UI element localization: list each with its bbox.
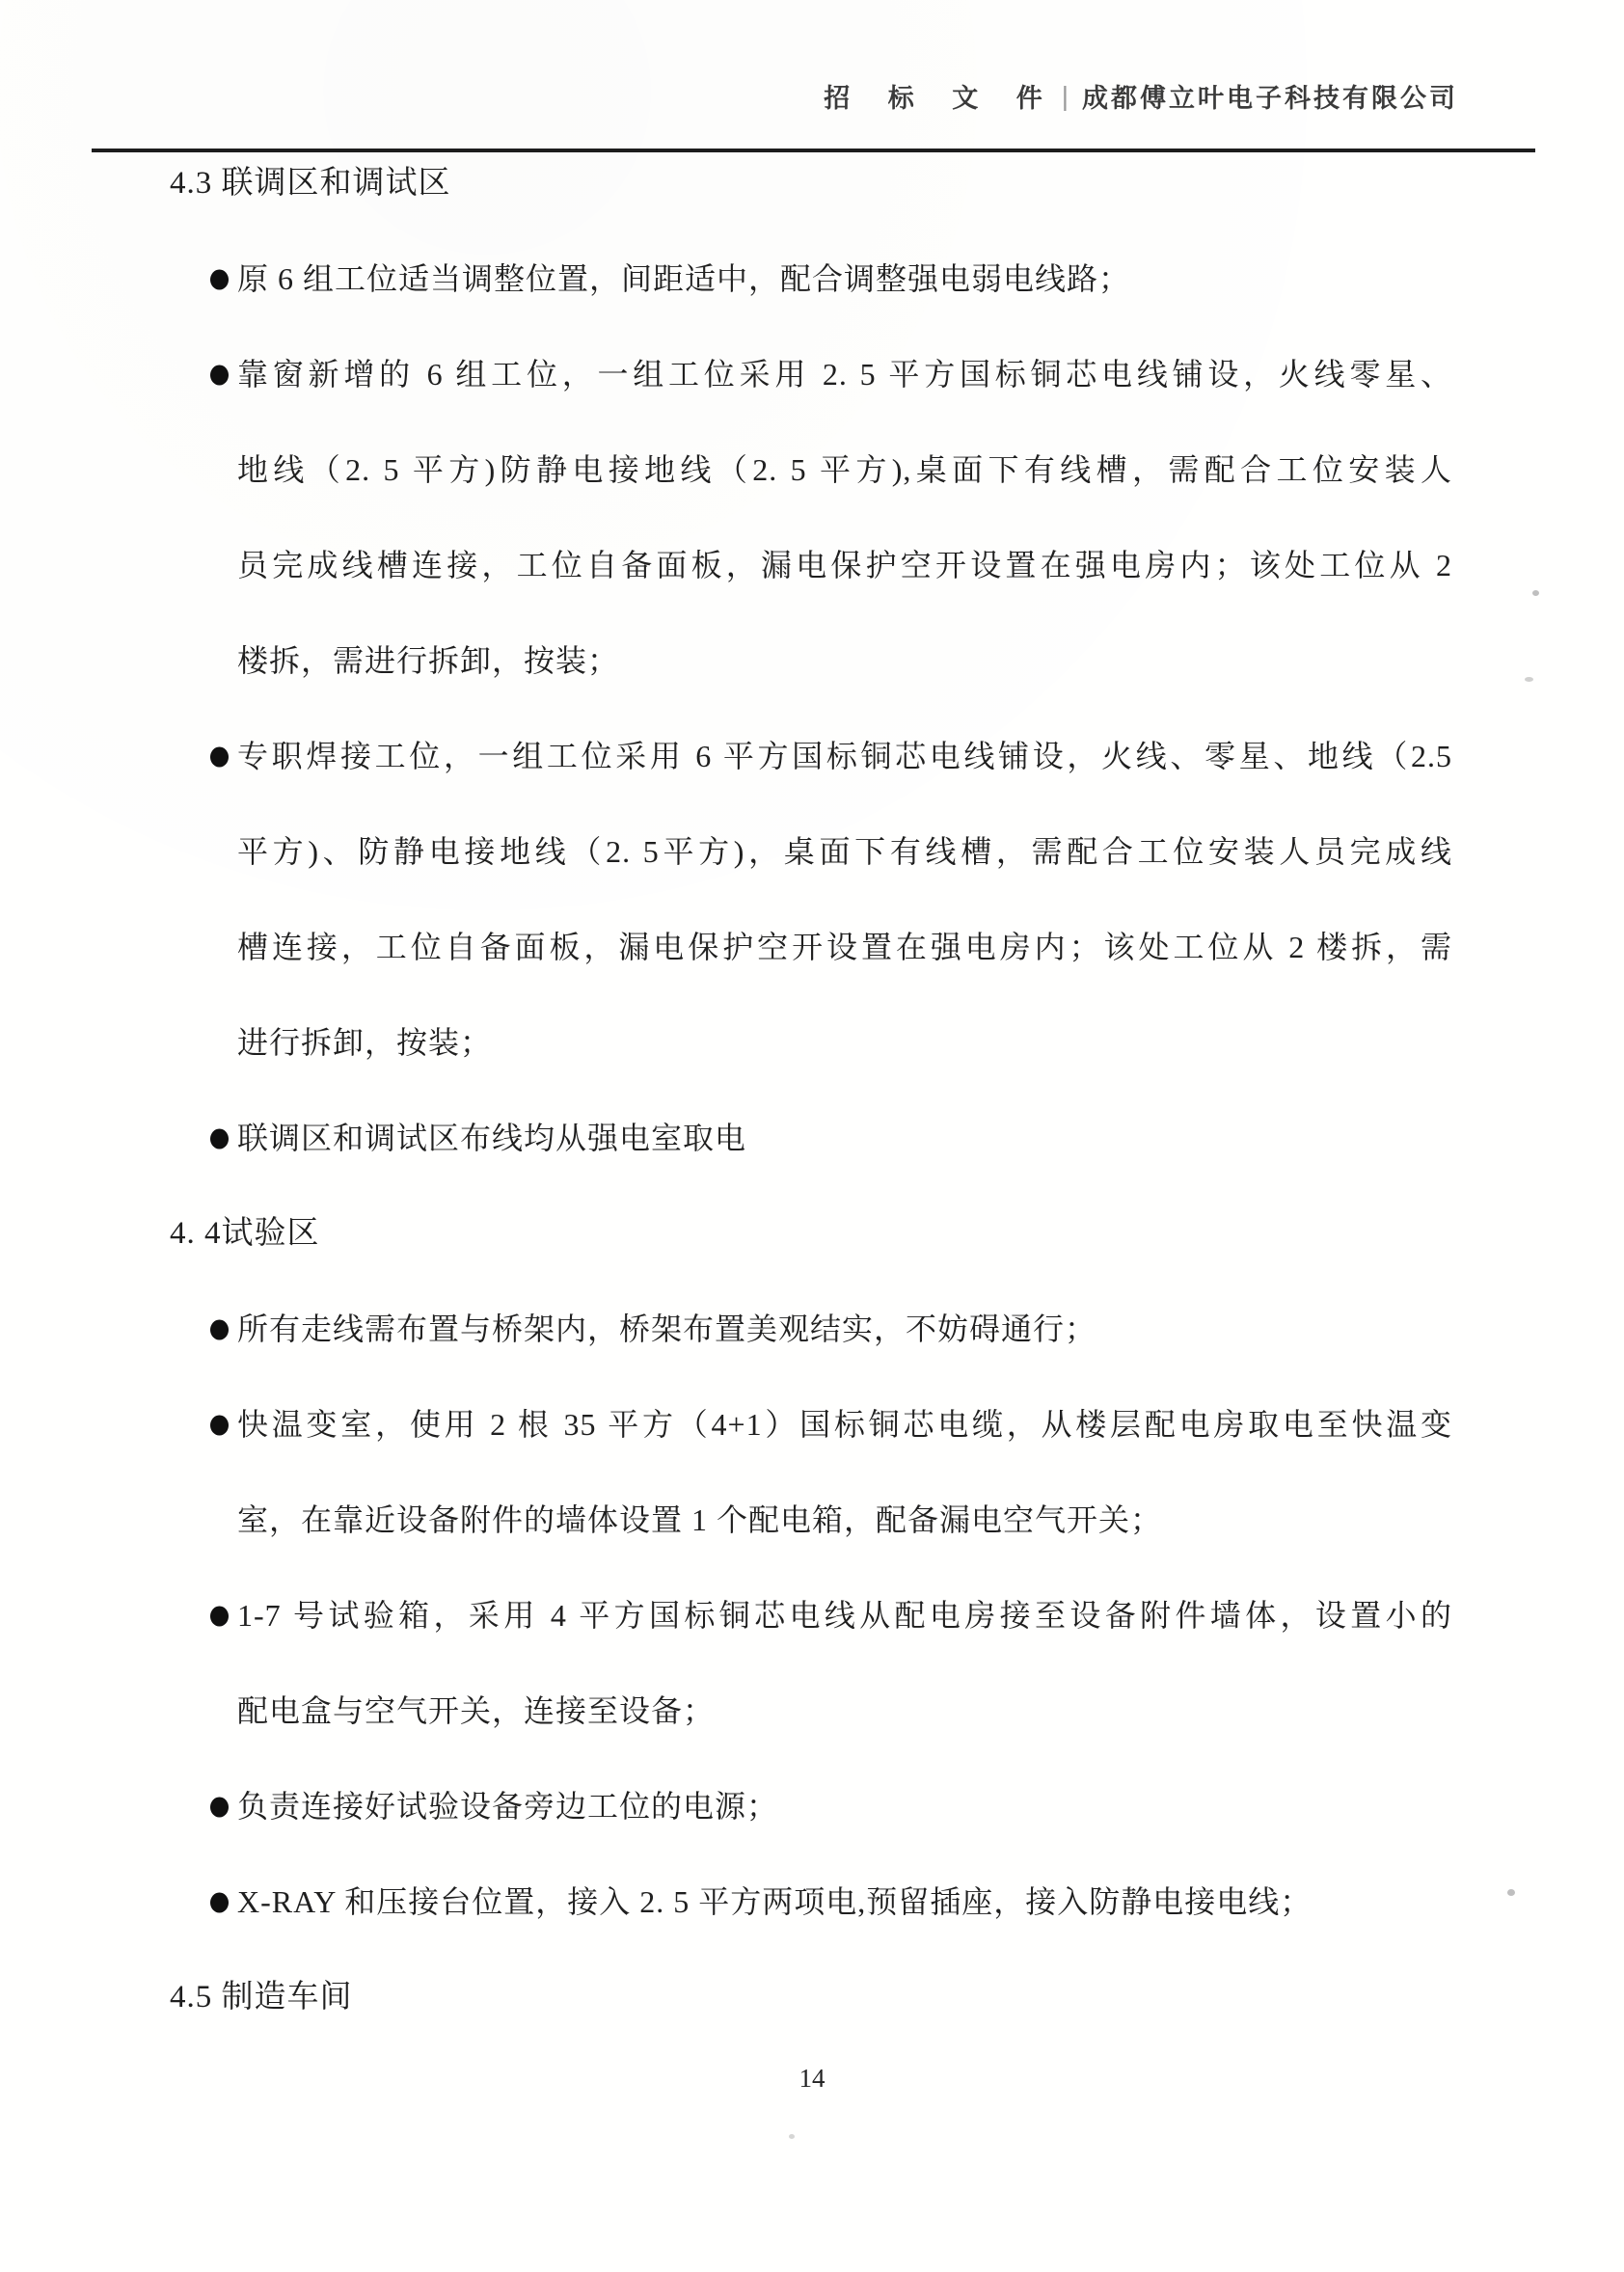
bullet-icon [210, 746, 229, 767]
header-separator: | [1062, 81, 1069, 112]
bullet-line: 快温变室，使用 2 根 35 平方（4+1）国标铜芯电缆，从楼层配电房取电至快温… [0, 1377, 1624, 1473]
bullet-continuation-line: 平方)、防静电接地线（2. 5平方)，桌面下有线槽，需配合工位安装人员完成线 [0, 804, 1624, 900]
document-page: 招 标 文 件 | 成都傅立叶电子科技有限公司 4.3 联调区和调试区 原 6 … [0, 0, 1624, 2272]
bullet-line: 联调区和调试区布线均从强电室取电 [0, 1091, 1624, 1186]
bullet-icon [210, 365, 229, 385]
bullet-continuation-line: 员完成线槽连接，工位自备面板，漏电保护空开设置在强电房内；该处工位从 2 [0, 518, 1624, 613]
section-heading-4-4: 4. 4试验区 [0, 1186, 1624, 1282]
bullet-continuation-line: 配电盒与空气开关，连接至设备； [0, 1663, 1624, 1759]
bullet-text: 负责连接好试验设备旁边工位的电源； [237, 1789, 778, 1824]
bullet-line: 负责连接好试验设备旁边工位的电源； [0, 1759, 1624, 1854]
bullet-text: 靠窗新增的 6 组工位，一组工位采用 2. 5 平方国标铜芯电线铺设，火线零星、 [237, 357, 1452, 392]
bullet-line: 原 6 组工位适当调整位置，间距适中，配合调整强电弱电线路； [0, 231, 1624, 327]
bullet-text: 1-7 号试验箱，采用 4 平方国标铜芯电线从配电房接至设备附件墙体，设置小的 [237, 1598, 1452, 1633]
section-heading-4-3: 4.3 联调区和调试区 [0, 136, 1624, 231]
scan-artifact [1525, 677, 1533, 682]
page-header: 招 标 文 件 | 成都傅立叶电子科技有限公司 [824, 77, 1458, 115]
bullet-continuation-line: 槽连接，工位自备面板，漏电保护空开设置在强电房内；该处工位从 2 楼拆，需 [0, 900, 1624, 995]
scan-artifact [1532, 590, 1539, 596]
bullet-icon [210, 1797, 229, 1817]
bullet-icon [210, 1128, 229, 1149]
bullet-text: 联调区和调试区布线均从强电室取电 [237, 1121, 746, 1155]
bullet-continuation-line: 地线（2. 5 平方)防静电接地线（2. 5 平方),桌面下有线槽，需配合工位安… [0, 422, 1624, 518]
bullet-text: X-RAY 和压接台位置，接入 2. 5 平方两项电,预留插座，接入防静电接电线… [237, 1884, 1312, 1919]
document-body: 4.3 联调区和调试区 原 6 组工位适当调整位置，间距适中，配合调整强电弱电线… [0, 136, 1624, 2045]
bullet-icon [210, 1606, 229, 1626]
section-heading-4-5: 4.5 制造车间 [0, 1950, 1624, 2045]
bullet-text: 原 6 组工位适当调整位置，间距适中，配合调整强电弱电线路； [237, 261, 1130, 296]
bullet-continuation-line: 进行拆卸，按装； [0, 995, 1624, 1091]
scan-artifact [789, 2134, 795, 2139]
bullet-icon [210, 269, 229, 289]
bullet-continuation-line: 室，在靠近设备附件的墙体设置 1 个配电箱，配备漏电空气开关； [0, 1473, 1624, 1568]
bullet-icon [210, 1415, 229, 1435]
scan-artifact [1507, 1889, 1515, 1896]
bullet-icon [210, 1892, 229, 1912]
bullet-text: 专职焊接工位，一组工位采用 6 平方国标铜芯电线铺设，火线、零星、地线（2.5 [237, 739, 1452, 773]
bullet-line: 靠窗新增的 6 组工位，一组工位采用 2. 5 平方国标铜芯电线铺设，火线零星、 [0, 327, 1624, 422]
bullet-continuation-line: 楼拆，需进行拆卸，按装； [0, 613, 1624, 709]
bullet-text: 所有走线需布置与桥架内，桥架布置美观结实，不妨碍通行； [237, 1312, 1096, 1346]
header-company-name: 成都傅立叶电子科技有限公司 [1082, 77, 1458, 115]
bullet-line: X-RAY 和压接台位置，接入 2. 5 平方两项电,预留插座，接入防静电接电线… [0, 1854, 1624, 1950]
header-doc-type: 招 标 文 件 [824, 77, 1058, 115]
bullet-text: 快温变室，使用 2 根 35 平方（4+1）国标铜芯电缆，从楼层配电房取电至快温… [237, 1407, 1452, 1442]
bullet-line: 1-7 号试验箱，采用 4 平方国标铜芯电线从配电房接至设备附件墙体，设置小的 [0, 1568, 1624, 1663]
bullet-line: 专职焊接工位，一组工位采用 6 平方国标铜芯电线铺设，火线、零星、地线（2.5 [0, 709, 1624, 804]
page-number: 14 [0, 2059, 1624, 2097]
bullet-line: 所有走线需布置与桥架内，桥架布置美观结实，不妨碍通行； [0, 1282, 1624, 1377]
bullet-icon [210, 1319, 229, 1339]
